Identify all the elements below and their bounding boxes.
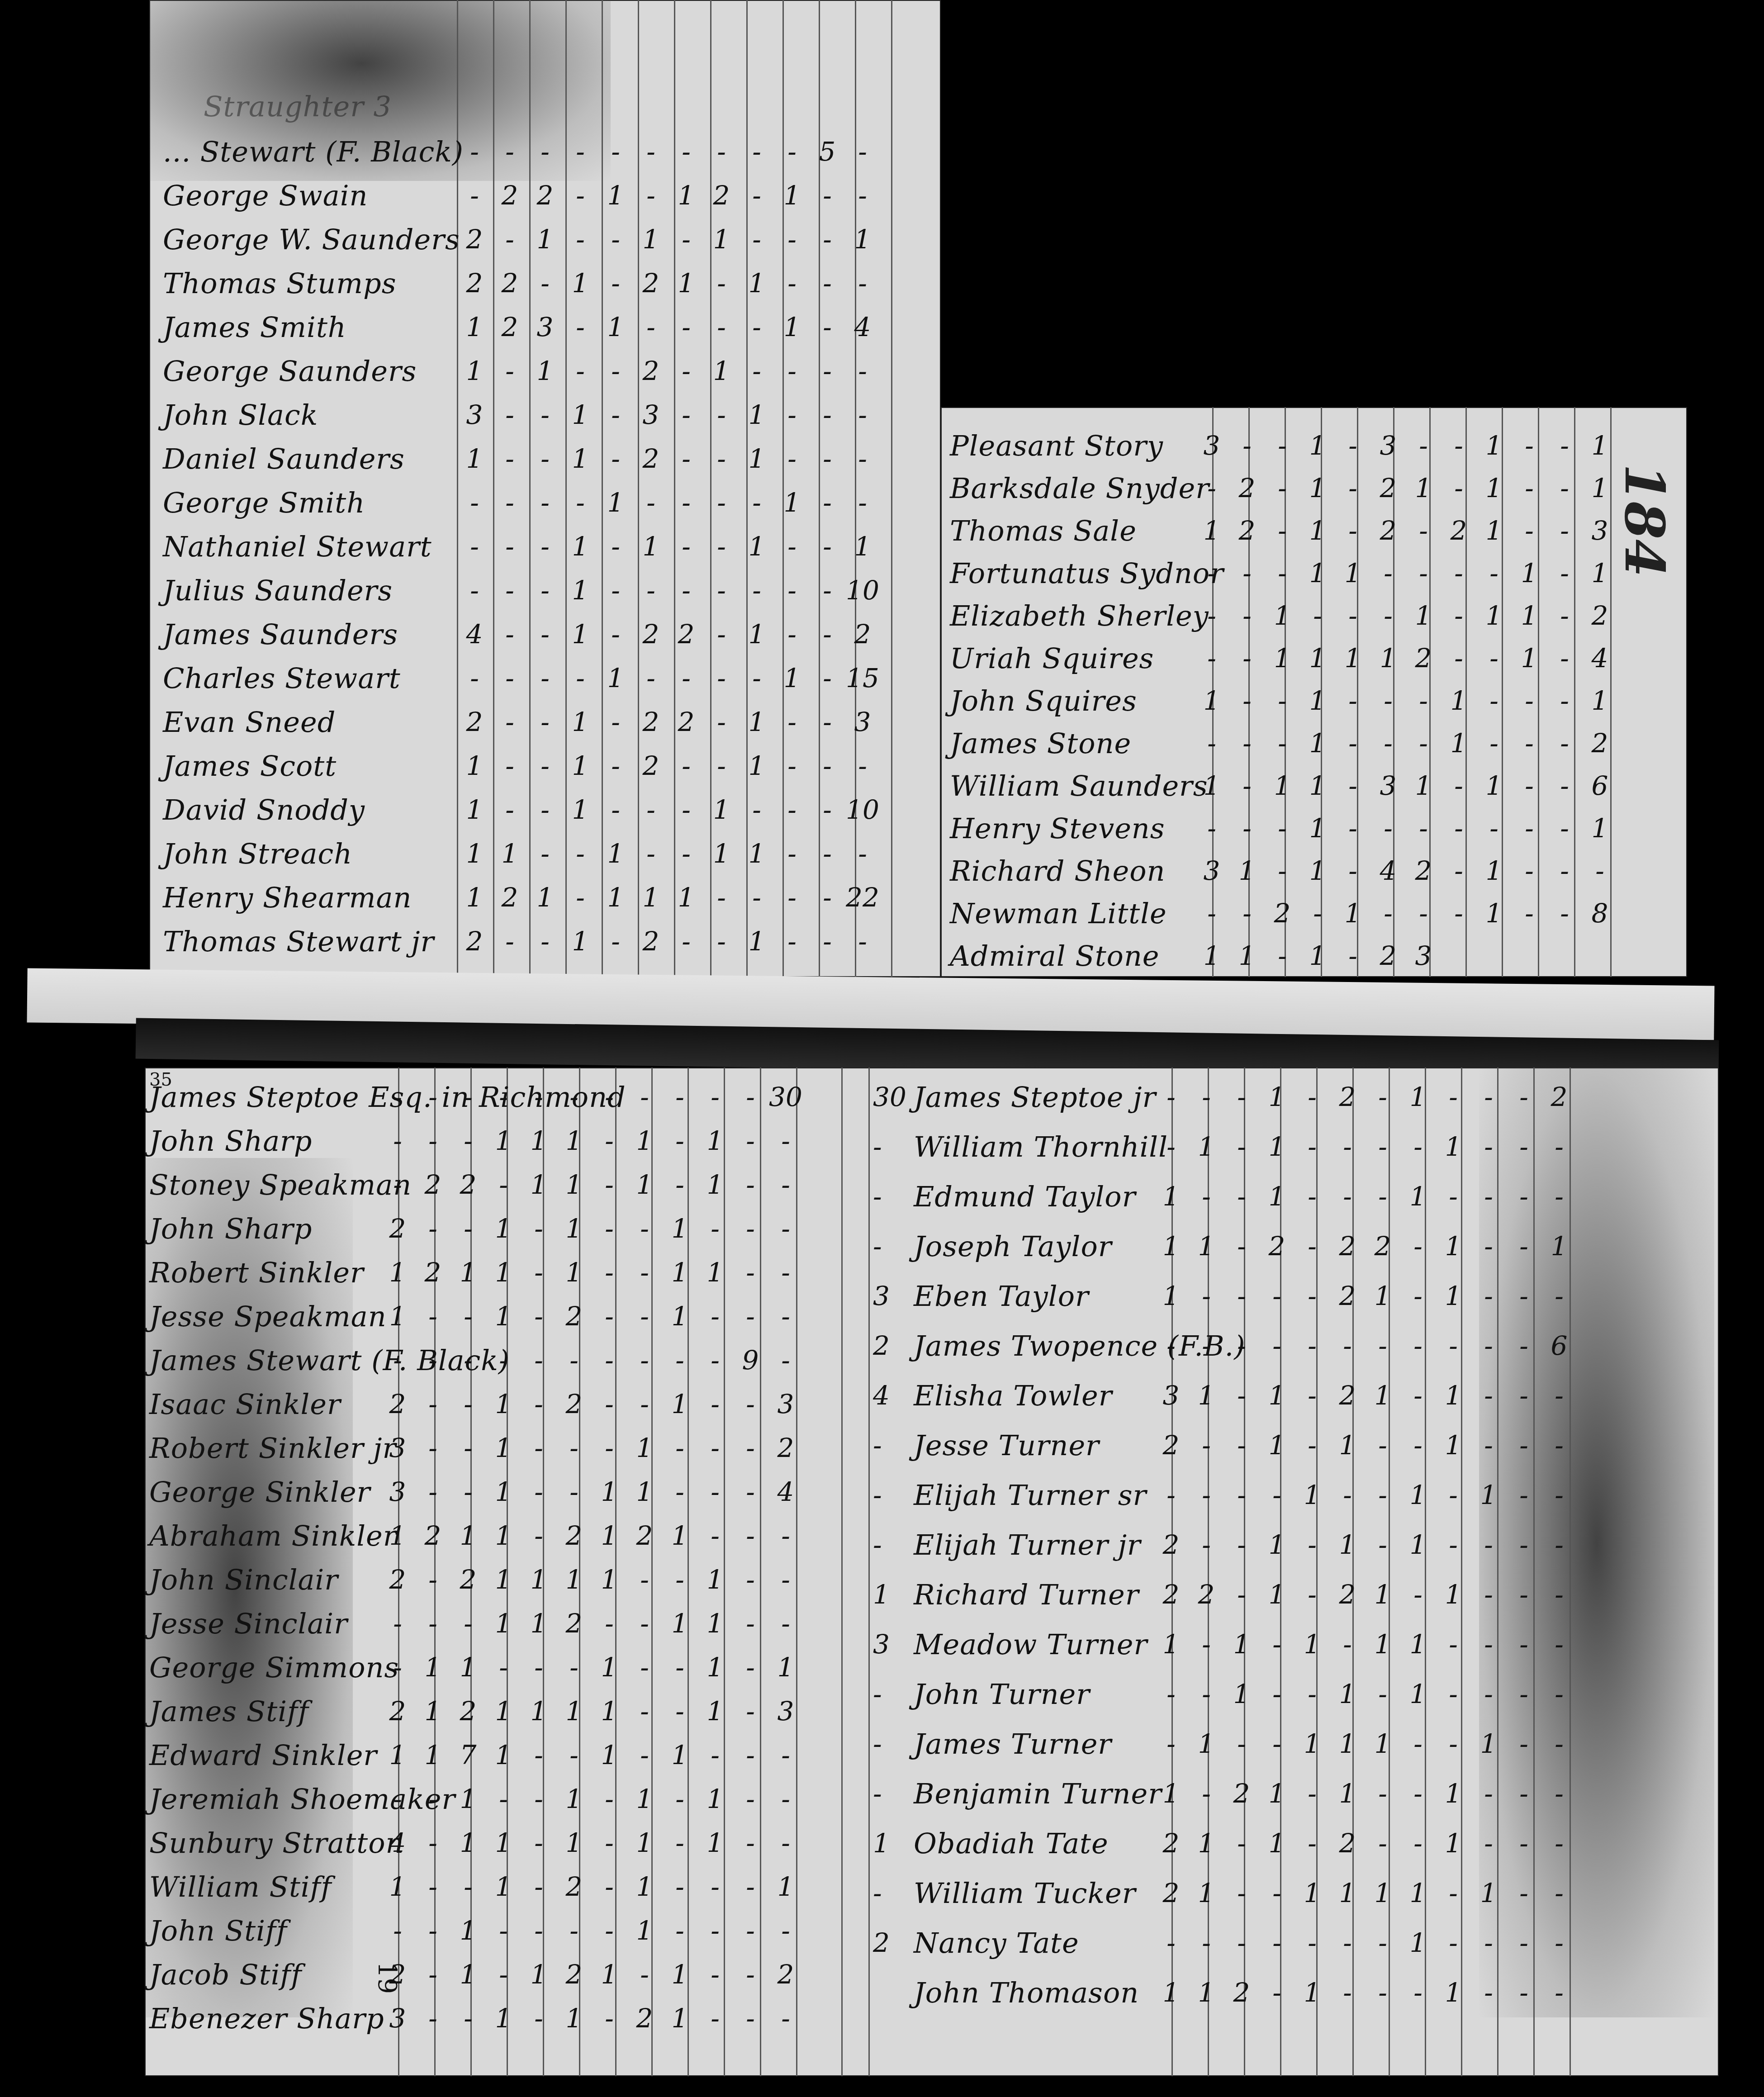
- tally-cell: 1: [521, 1959, 556, 1990]
- household-name: George W. Saunders: [163, 223, 460, 256]
- tally-cell: -: [1300, 600, 1335, 631]
- tally-cell: -: [810, 531, 845, 562]
- tally-cell: -: [697, 1520, 733, 1551]
- tally-cell: -: [704, 926, 739, 957]
- tally-cell: 2: [633, 619, 669, 650]
- tally-values: 1--1-2--1---: [457, 750, 880, 781]
- tally-cell: 1: [1436, 1828, 1471, 1859]
- tally-cell: 1: [633, 224, 669, 255]
- tally-cell: 1: [1582, 685, 1617, 716]
- table-row: John Streach11--1--11---: [163, 833, 352, 874]
- table-row: -William Tucker21--1111-1--: [914, 1873, 1136, 1913]
- tally-cell: -: [1400, 1380, 1436, 1411]
- tally-cell: 1: [739, 399, 774, 430]
- tally-cell: -: [669, 750, 704, 781]
- tally-cell: -: [1436, 1330, 1471, 1361]
- tally-cell: 2: [627, 1520, 662, 1551]
- tally-cell: -: [845, 838, 880, 869]
- tally-cell: -: [704, 399, 739, 430]
- tally-cell: -: [1153, 1330, 1189, 1361]
- tally-cell: -: [1224, 1878, 1259, 1908]
- tally-cell: -: [733, 1520, 768, 1551]
- tally-cell: -: [457, 180, 492, 211]
- tally-cell: -: [1471, 1231, 1506, 1262]
- tally-cell: 1: [1300, 813, 1335, 844]
- table-row: 2Nancy Tate-------1----: [914, 1922, 1079, 1963]
- tally-cell: -: [598, 707, 633, 737]
- table-row: William Saunders1-11-31-1--6: [950, 765, 1208, 806]
- tally-cell: -: [492, 707, 527, 737]
- table-row: Thomas Stumps22-1-21-1---: [163, 263, 397, 304]
- household-name: Julius Saunders: [163, 574, 393, 607]
- tally-cell: -: [1476, 728, 1512, 759]
- tally-cell: -: [1436, 1529, 1471, 1560]
- tally-cell: 1: [450, 1520, 486, 1551]
- tally-cell: 1: [486, 1476, 521, 1507]
- tally-cell: -: [486, 1082, 521, 1112]
- table-row: Thomas Stewart jr2--1-2--1---: [163, 921, 434, 962]
- tally-cell: 1: [1295, 1480, 1330, 1510]
- tally-cell: -: [633, 794, 669, 825]
- tally-cell: 8: [1582, 898, 1617, 929]
- tally-cell: -: [598, 750, 633, 781]
- tally-cell: [1512, 940, 1547, 971]
- table-row: 1Obadiah Tate21-1-2--1---: [914, 1823, 1109, 1864]
- tally-cell: -: [774, 619, 810, 650]
- table-row: Daniel Saunders1--1-2--1---: [163, 438, 405, 479]
- household-name: Pleasant Story: [950, 429, 1163, 462]
- tally-cell: 1: [415, 1740, 450, 1770]
- tally-cell: -: [1259, 1281, 1295, 1311]
- tally-values: ---1---1---2: [1194, 728, 1617, 759]
- tally-cell: 1: [556, 1213, 592, 1244]
- table-row: -Elijah Turner jr2--1-1-1----: [914, 1524, 1141, 1565]
- tally-cell: -: [563, 356, 598, 386]
- tally-cell: -: [1506, 1778, 1541, 1809]
- tally-cell: -: [492, 750, 527, 781]
- tally-cell: -: [774, 136, 810, 167]
- tally-cell: -: [810, 882, 845, 913]
- tally-cell: -: [563, 180, 598, 211]
- tally-cell: 1: [1436, 1131, 1471, 1162]
- tally-cell: -: [1471, 1679, 1506, 1709]
- tally-cell: -: [704, 136, 739, 167]
- tally-cell: -: [697, 1345, 733, 1376]
- tally-cell: -: [1506, 1828, 1541, 1859]
- tally-cell: -: [1512, 685, 1547, 716]
- tally-cell: 1: [598, 487, 633, 518]
- tally-cell: 1: [556, 2003, 592, 2034]
- tally-cell: -: [704, 663, 739, 693]
- tally-cell: -: [768, 1345, 803, 1376]
- tally-cell: -: [810, 750, 845, 781]
- tally-cell: 1: [1582, 558, 1617, 588]
- tally-values: 22-1-21-1---: [457, 268, 880, 299]
- tally-cell: -: [380, 1169, 415, 1200]
- tally-cell: -: [1506, 1878, 1541, 1908]
- tally-cell: 1: [380, 1520, 415, 1551]
- household-name: James Turner: [914, 1727, 1112, 1760]
- tally-cell: -: [669, 443, 704, 474]
- tally-cell: -: [1541, 1480, 1577, 1510]
- tally-values: 1-1--2-1----: [457, 356, 880, 386]
- tally-cell: 1: [486, 1301, 521, 1332]
- tally-cell: -: [845, 356, 880, 386]
- tally-cell: -: [627, 1652, 662, 1683]
- tally-cell: 1: [697, 1784, 733, 1814]
- tally-cell: -: [662, 1652, 697, 1683]
- tally-cell: -: [1335, 685, 1370, 716]
- tally-cell: 1: [697, 1169, 733, 1200]
- tally-cell: -: [739, 575, 774, 606]
- tally-cell: -: [415, 1871, 450, 1902]
- table-row: Henry Shearman121-111----22: [163, 877, 412, 918]
- tally-cell: 1: [1476, 473, 1512, 503]
- tally-cell: -: [592, 1827, 627, 1858]
- tally-values: 2-21111--1--: [380, 1564, 803, 1595]
- household-name: William Thornhill: [914, 1130, 1168, 1163]
- tally-cell: -: [1194, 600, 1229, 631]
- tally-values: ----1----1-15: [457, 663, 880, 693]
- household-name: John Stiff: [149, 1914, 287, 1947]
- table-row: Jesse Sinclair---112--11--: [149, 1603, 348, 1644]
- tally-cell: 2: [527, 180, 563, 211]
- tally-cell: -: [1229, 685, 1265, 716]
- tally-cell: [1582, 940, 1617, 971]
- tally-values: -------1----: [1153, 1927, 1577, 1958]
- tally-cell: -: [527, 926, 563, 957]
- tally-cell: -: [845, 487, 880, 518]
- tally-cell: -: [1541, 1579, 1577, 1610]
- tally-cell: 1: [1512, 558, 1547, 588]
- tally-cell: 1: [1259, 1529, 1295, 1560]
- tally-cell: -: [521, 2003, 556, 2034]
- tally-cell: 1: [415, 1696, 450, 1727]
- tally-cell: 1: [486, 1696, 521, 1727]
- tally-cell: -: [415, 1608, 450, 1639]
- tally-cell: -: [1512, 728, 1547, 759]
- tally-values: 1--1---1---10: [457, 794, 880, 825]
- margin-tally: -: [873, 1480, 882, 1510]
- margin-tally: 2: [873, 1330, 890, 1361]
- tally-values: 31-1-42-1---: [1194, 855, 1617, 886]
- tally-cell: 1: [1436, 1977, 1471, 2008]
- tally-cell: 1: [739, 926, 774, 957]
- tally-cell: -: [768, 1564, 803, 1595]
- tally-cell: -: [739, 663, 774, 693]
- tally-cell: -: [1194, 898, 1229, 929]
- tally-cell: 1: [1194, 770, 1229, 801]
- tally-cell: 1: [1365, 1728, 1400, 1759]
- tally-cell: 1: [556, 1696, 592, 1727]
- table-row: Jesse Speakman1--1-2--1---: [149, 1296, 387, 1337]
- tally-cell: 1: [1300, 770, 1335, 801]
- tally-cell: 1: [563, 926, 598, 957]
- tally-cell: 1: [1400, 1181, 1436, 1212]
- household-name: James Stone: [950, 727, 1131, 760]
- tally-cell: -: [1365, 1529, 1400, 1560]
- tally-cell: -: [1406, 813, 1441, 844]
- tally-cell: -: [598, 268, 633, 299]
- margin-tally: 3: [873, 1629, 890, 1660]
- tally-cell: -: [733, 1564, 768, 1595]
- tally-cell: -: [1265, 473, 1300, 503]
- tally-cell: -: [457, 663, 492, 693]
- tally-cell: -: [1506, 1927, 1541, 1958]
- tally-cell: -: [845, 750, 880, 781]
- tally-cell: -: [1400, 1330, 1436, 1361]
- tally-cell: 2: [1265, 898, 1300, 929]
- table-row: Admiral Stone11-1-23: [950, 935, 1160, 976]
- table-row: James Stewart (F. Black)----------9-: [149, 1340, 510, 1381]
- tally-cell: 2: [380, 1213, 415, 1244]
- tally-cell: -: [662, 1696, 697, 1727]
- tally-cell: 1: [739, 750, 774, 781]
- household-name: Henry Stevens: [950, 812, 1165, 845]
- tally-cell: 1: [563, 619, 598, 650]
- census-sheet-top-right: 184 Pleasant Story3--1-3--1--1Barksdale …: [941, 407, 1687, 977]
- tally-cell: 1: [697, 1696, 733, 1727]
- household-name: George Swain: [163, 179, 368, 212]
- tally-cell: -: [521, 1520, 556, 1551]
- tally-cell: -: [774, 882, 810, 913]
- tally-cell: -: [1471, 1380, 1506, 1411]
- tally-cell: -: [733, 1740, 768, 1770]
- tally-values: 22-1-21-1---: [1153, 1579, 1577, 1610]
- tally-cell: -: [669, 136, 704, 167]
- tally-cell: -: [704, 443, 739, 474]
- tally-cell: -: [1300, 898, 1335, 929]
- table-row: Pleasant Story3--1-3--1--1: [950, 425, 1163, 466]
- tally-cell: -: [486, 1915, 521, 1946]
- tally-cell: 2: [704, 180, 739, 211]
- tally-cell: 1: [1406, 770, 1441, 801]
- tally-cell: -: [1471, 1430, 1506, 1461]
- tally-cell: -: [450, 1871, 486, 1902]
- tally-values: -1--111--1--: [1153, 1728, 1577, 1759]
- tally-cell: 1: [1436, 1281, 1471, 1311]
- tally-values: ----------5-: [457, 136, 880, 167]
- tally-cell: -: [774, 443, 810, 474]
- household-name: Isaac Sinkler: [149, 1388, 341, 1421]
- tally-cell: -: [627, 1257, 662, 1288]
- tally-cell: -: [592, 1169, 627, 1200]
- tally-values: -22-11-1-1--: [380, 1169, 803, 1200]
- tally-cell: -: [450, 1301, 486, 1332]
- tally-cell: -: [1330, 1181, 1365, 1212]
- tally-cell: 1: [704, 224, 739, 255]
- tally-cell: -: [739, 224, 774, 255]
- tally-cell: -: [1541, 1181, 1577, 1212]
- tally-cell: 1: [1441, 685, 1476, 716]
- tally-cell: 2: [633, 443, 669, 474]
- tally-cell: 3: [380, 1433, 415, 1463]
- tally-cell: 1: [1512, 643, 1547, 674]
- tally-cell: -: [1471, 1181, 1506, 1212]
- tally-cell: -: [556, 1345, 592, 1376]
- tally-cell: -: [1541, 1380, 1577, 1411]
- tally-cell: 1: [592, 1652, 627, 1683]
- tally-cell: 3: [1194, 855, 1229, 886]
- tally-cell: -: [492, 663, 527, 693]
- tally-cell: 1: [521, 1608, 556, 1639]
- tally-cell: 1: [662, 1257, 697, 1288]
- tally-cell: 1: [1471, 1878, 1506, 1908]
- tally-cell: [1441, 940, 1476, 971]
- table-row: 3Meadow Turner1-1-1-11----: [914, 1624, 1148, 1665]
- tally-cell: -: [733, 1169, 768, 1200]
- tally-cell: -: [1506, 1629, 1541, 1660]
- tally-cell: -: [1436, 1878, 1471, 1908]
- margin-tally: -: [873, 1529, 882, 1560]
- tally-cell: -: [1400, 1231, 1436, 1262]
- tally-cell: -: [1541, 1629, 1577, 1660]
- tally-cell: -: [1153, 1480, 1189, 1510]
- tally-cell: 1: [1400, 1878, 1436, 1908]
- tally-cell: 2: [768, 1433, 803, 1463]
- tally-cell: 2: [380, 1696, 415, 1727]
- table-row: Fortunatus Sydnor---11----1-1: [950, 553, 1224, 593]
- tally-cell: -: [598, 443, 633, 474]
- tally-cell: 2: [457, 707, 492, 737]
- tally-cell: 1: [1330, 1778, 1365, 1809]
- tally-cell: -: [1229, 643, 1265, 674]
- tally-cell: 1: [486, 1740, 521, 1770]
- tally-cell: -: [1547, 898, 1582, 929]
- tally-cell: -: [662, 1476, 697, 1507]
- tally-cell: -: [810, 575, 845, 606]
- household-name: Abraham Sinkler: [149, 1519, 397, 1552]
- tally-cell: -: [733, 1257, 768, 1288]
- tally-cell: 1: [1295, 1878, 1330, 1908]
- tally-cell: 1: [662, 1608, 697, 1639]
- table-row: 30James Steptoe jr---1-2-1---2: [914, 1077, 1156, 1117]
- tally-values: 1-21-1--1---: [1153, 1778, 1577, 1809]
- tally-cell: 1: [563, 750, 598, 781]
- tally-cell: 3: [768, 1389, 803, 1419]
- tally-cell: -: [669, 663, 704, 693]
- tally-cell: -: [810, 443, 845, 474]
- tally-cell: -: [556, 1652, 592, 1683]
- tally-cell: -: [697, 1959, 733, 1990]
- table-row: -Jesse Turner2--1-1--1---: [914, 1425, 1100, 1466]
- tally-cell: -: [563, 312, 598, 342]
- tally-cell: -: [774, 531, 810, 562]
- tally-cell: -: [556, 1082, 592, 1112]
- tally-cell: 2: [556, 1301, 592, 1332]
- tally-cell: 1: [563, 707, 598, 737]
- tally-cell: 10: [845, 575, 880, 606]
- tally-cell: -: [1400, 1579, 1436, 1610]
- tally-cell: -: [1506, 1181, 1541, 1212]
- tally-cell: -: [1506, 1082, 1541, 1112]
- tally-cell: 2: [1370, 473, 1406, 503]
- tally-cell: -: [1547, 728, 1582, 759]
- table-row: John Stiff--1----1----: [149, 1910, 287, 1951]
- tally-cell: -: [1441, 813, 1476, 844]
- tally-cell: -: [1541, 1679, 1577, 1709]
- tally-cell: -: [1295, 1131, 1330, 1162]
- tally-cell: -: [1400, 1131, 1436, 1162]
- tally-cell: -: [1265, 515, 1300, 546]
- tally-values: 112-1---1---: [1153, 1977, 1577, 2008]
- tally-cell: -: [704, 531, 739, 562]
- household-name: William Saunders: [950, 769, 1208, 802]
- table-row: Elizabeth Sherley--1---1-11-2: [950, 595, 1209, 636]
- tally-cell: -: [810, 268, 845, 299]
- tally-cell: -: [1224, 1927, 1259, 1958]
- tally-cell: -: [810, 926, 845, 957]
- tally-cell: 1: [627, 1433, 662, 1463]
- household-name: Elizabeth Sherley: [950, 599, 1209, 632]
- tally-cell: [1547, 940, 1582, 971]
- tally-values: ---11----1-1: [1194, 558, 1617, 588]
- tally-values: ----1--1-1--: [1153, 1480, 1577, 1510]
- tally-cell: 1: [1471, 1480, 1506, 1510]
- tally-cell: 2: [556, 1520, 592, 1551]
- tally-cell: 1: [450, 1784, 486, 1814]
- tally-cell: -: [1330, 1977, 1365, 2008]
- tally-cell: -: [450, 1433, 486, 1463]
- tally-cell: 1: [1335, 643, 1370, 674]
- tally-cell: -: [1189, 1927, 1224, 1958]
- tally-cell: -: [633, 180, 669, 211]
- tally-cell: 4: [768, 1476, 803, 1507]
- tally-cell: -: [845, 399, 880, 430]
- table-row: John Sharp---111-1-1--: [149, 1120, 312, 1161]
- tally-cell: -: [1547, 813, 1582, 844]
- tally-cell: -: [669, 487, 704, 518]
- household-name: Thomas Stewart jr: [163, 925, 434, 958]
- tally-cell: 2: [1365, 1231, 1400, 1262]
- household-name: Jacob Stiff: [149, 1958, 302, 1991]
- tally-cell: 1: [556, 1125, 592, 1156]
- tally-cell: 1: [486, 1871, 521, 1902]
- tally-cell: -: [1335, 940, 1370, 971]
- tally-cell: 1: [774, 487, 810, 518]
- tally-cell: -: [1335, 473, 1370, 503]
- table-row: Henry Stevens---1-------1: [950, 808, 1165, 849]
- tally-cell: -: [598, 926, 633, 957]
- folio-stamp: 184: [1612, 464, 1676, 577]
- tally-cell: -: [697, 2003, 733, 2034]
- tally-cell: 1: [1400, 1927, 1436, 1958]
- tally-cell: 1: [1582, 813, 1617, 844]
- tally-cell: -: [598, 531, 633, 562]
- table-row: Barksdale Snyder-2-1-21-1--1: [950, 468, 1209, 508]
- margin-tally: 4: [873, 1380, 890, 1411]
- tally-cell: -: [733, 1213, 768, 1244]
- tally-cell: -: [739, 882, 774, 913]
- tally-cell: 1: [592, 1959, 627, 1990]
- tally-cell: -: [1365, 1927, 1400, 1958]
- household-name: Richard Turner: [914, 1578, 1139, 1611]
- table-row: -Joseph Taylor11-2-22-1--1: [914, 1226, 1112, 1267]
- tally-cell: -: [733, 1652, 768, 1683]
- tally-cell: -: [1547, 600, 1582, 631]
- tally-cell: -: [563, 838, 598, 869]
- tally-cell: 1: [1295, 1728, 1330, 1759]
- tally-cell: 1: [450, 1257, 486, 1288]
- tally-cell: 1: [1153, 1977, 1189, 2008]
- tally-cell: -: [1229, 813, 1265, 844]
- tally-cell: -: [457, 531, 492, 562]
- tally-values: 2--1-1-1----: [1153, 1529, 1577, 1560]
- tally-cell: -: [704, 750, 739, 781]
- tally-cell: -: [704, 707, 739, 737]
- table-row: 2James Twopence (F.B.)-----------6: [914, 1325, 1246, 1366]
- tally-cell: 10: [845, 794, 880, 825]
